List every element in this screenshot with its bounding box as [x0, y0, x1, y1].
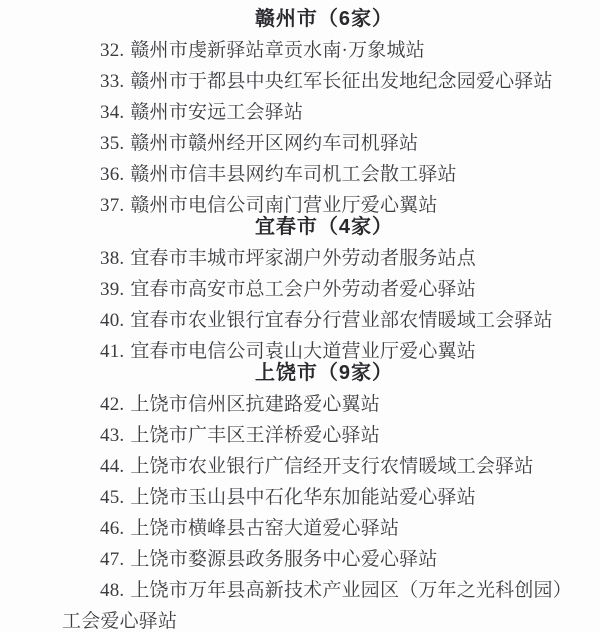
list-item: 42.上饶市信州区抗建路爱心翼站	[62, 389, 586, 420]
item-number: 36.	[100, 164, 130, 185]
item-number: 48.	[100, 580, 130, 601]
item-name: 宜春市高安市总工会户外劳动者爱心驿站	[130, 279, 476, 300]
list-item: 48.上饶市万年县高新技术产业园区（万年之光科创园）工会爱心驿站	[62, 575, 586, 632]
item-number: 38.	[100, 248, 130, 269]
item-number: 39.	[100, 279, 130, 300]
item-number: 42.	[100, 394, 130, 415]
section-header-ganzhou: 赣州市（6家）	[62, 4, 586, 35]
item-name: 宜春市农业银行宜春分行营业部农情暖域工会驿站	[130, 310, 552, 331]
item-number: 33.	[100, 71, 130, 92]
item-number: 43.	[100, 425, 130, 446]
list-item: 45.上饶市玉山县中石化华东加能站爱心驿站	[62, 482, 586, 513]
list-item: 33.赣州市于都县中央红军长征出发地纪念园爱心驿站	[62, 66, 586, 97]
section-ganzhou: 赣州市（6家） 32.赣州市虔新驿站章贡水南·万象城站 33.赣州市于都县中央红…	[62, 4, 586, 221]
item-number: 46.	[100, 518, 130, 539]
item-name: 上饶市信州区抗建路爱心翼站	[130, 394, 380, 415]
item-name: 赣州市赣州经开区网约车司机驿站	[130, 133, 418, 154]
item-name: 赣州市安远工会驿站	[130, 102, 303, 123]
item-name: 上饶市农业银行广信经开支行农情暖域工会驿站	[130, 456, 533, 477]
item-name: 上饶市横峰县古窑大道爱心驿站	[130, 518, 399, 539]
item-number: 37.	[100, 195, 130, 216]
item-name: 上饶市玉山县中石化华东加能站爱心驿站	[130, 487, 476, 508]
list-item: 43.上饶市广丰区王洋桥爱心驿站	[62, 420, 586, 451]
item-name: 上饶市广丰区王洋桥爱心驿站	[130, 425, 380, 446]
section-shangrao: 上饶市（9家） 42.上饶市信州区抗建路爱心翼站 43.上饶市广丰区王洋桥爱心驿…	[62, 358, 586, 632]
item-number: 45.	[100, 487, 130, 508]
list-item: 44.上饶市农业银行广信经开支行农情暖域工会驿站	[62, 451, 586, 482]
item-number: 35.	[100, 133, 130, 154]
item-name: 上饶市万年县高新技术产业园区（万年之光科创园）工会爱心驿站	[62, 580, 572, 632]
item-number: 34.	[100, 102, 130, 123]
list-item: 36.赣州市信丰县网约车司机工会散工驿站	[62, 159, 586, 190]
item-name: 赣州市信丰县网约车司机工会散工驿站	[130, 164, 456, 185]
list-item: 38.宜春市丰城市坪家湖户外劳动者服务站点	[62, 243, 586, 274]
item-number: 40.	[100, 310, 130, 331]
section-yichun: 宜春市（4家） 38.宜春市丰城市坪家湖户外劳动者服务站点 39.宜春市高安市总…	[62, 212, 586, 367]
list-item: 47.上饶市婺源县政务服务中心爱心驿站	[62, 544, 586, 575]
list-item: 39.宜春市高安市总工会户外劳动者爱心驿站	[62, 274, 586, 305]
item-name: 宜春市丰城市坪家湖户外劳动者服务站点	[130, 248, 476, 269]
item-name: 赣州市虔新驿站章贡水南·万象城站	[130, 40, 425, 61]
item-number: 32.	[100, 40, 130, 61]
item-name: 上饶市婺源县政务服务中心爱心驿站	[130, 549, 437, 570]
item-number: 44.	[100, 456, 130, 477]
list-item: 32.赣州市虔新驿站章贡水南·万象城站	[62, 35, 586, 66]
item-name: 赣州市于都县中央红军长征出发地纪念园爱心驿站	[130, 71, 552, 92]
document-page: 赣州市（6家） 32.赣州市虔新驿站章贡水南·万象城站 33.赣州市于都县中央红…	[0, 0, 600, 632]
list-item: 46.上饶市横峰县古窑大道爱心驿站	[62, 513, 586, 544]
list-item: 40.宜春市农业银行宜春分行营业部农情暖域工会驿站	[62, 305, 586, 336]
list-item: 35.赣州市赣州经开区网约车司机驿站	[62, 128, 586, 159]
item-number: 47.	[100, 549, 130, 570]
item-number: 41.	[100, 341, 130, 362]
list-item: 34.赣州市安远工会驿站	[62, 97, 586, 128]
